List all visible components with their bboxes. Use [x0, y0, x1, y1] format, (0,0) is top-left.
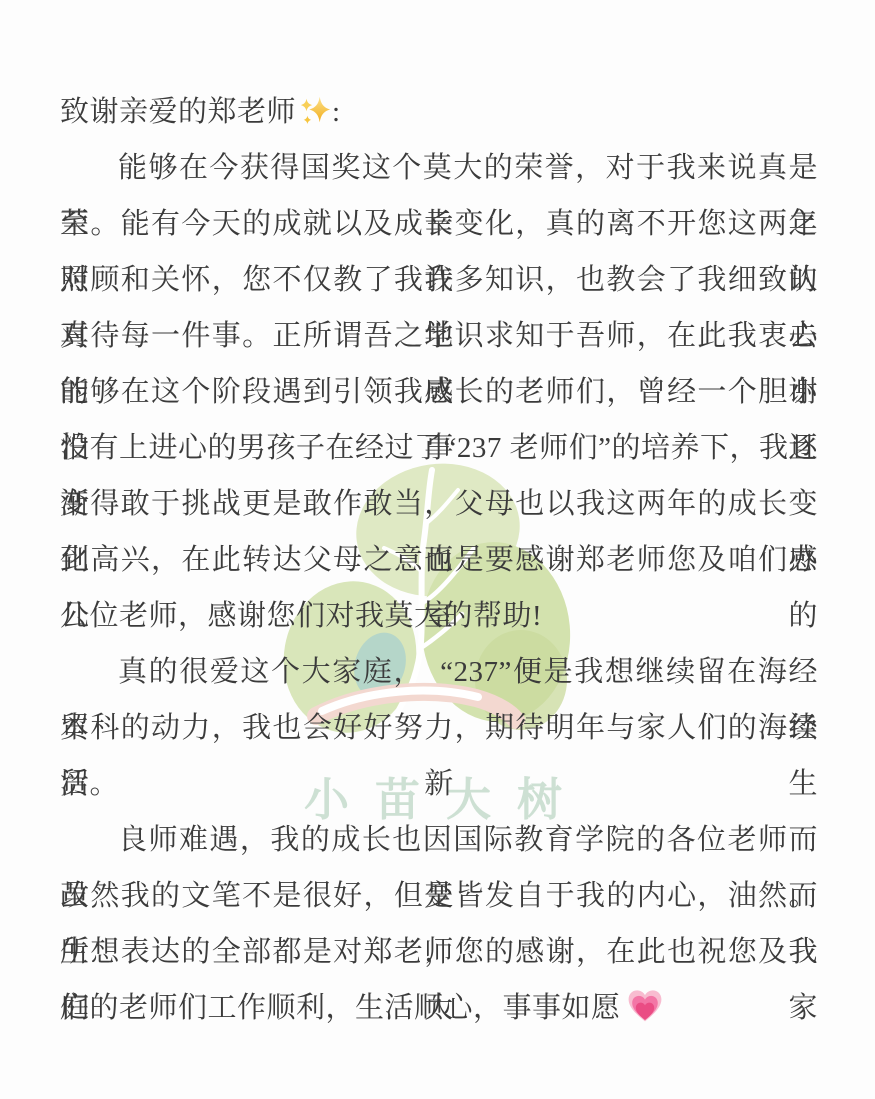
- letter-salutation: 致谢亲爱的郑老师 :: [60, 84, 818, 140]
- salutation-text: 致谢亲爱的郑老师: [60, 96, 296, 128]
- letter-page: 小苗大树 致谢亲爱的郑老师 : 能够在今获得国奖这个莫大的荣誉，对于我来说真是荣…: [0, 0, 875, 1099]
- salutation-colon: :: [332, 96, 341, 128]
- letter-body: 致谢亲爱的郑老师 : 能够在今获得国奖这个莫大的荣誉，对于我来说真是荣幸之至。能…: [0, 84, 875, 1036]
- letter-lines: 能够在今获得国奖这个莫大的荣誉，对于我来说真是荣幸之至。能有今天的成就以及成长变…: [60, 140, 818, 1036]
- letter-line: 到高兴，在此转达父母之意也是要感谢郑老师您及咱们办公室的: [60, 532, 818, 588]
- letter-line: 良师难遇，我的成长也因国际教育学院的各位老师而改变。: [60, 812, 818, 868]
- letter-line: 至。能有今天的成就以及成长变化，真的离不开您这两年对我的: [60, 196, 818, 252]
- letter-line: 变得敢于挑战更是敢作敢当，父母也以我这两年的成长变化而感: [60, 476, 818, 532]
- line-text: 几位老师，感谢您们对我莫大的帮助!: [60, 600, 542, 632]
- growing-heart-icon: [621, 992, 665, 1024]
- letter-line: 本科的动力，我也会好好努力，期待明年与家人们的海经贸新生: [60, 700, 818, 756]
- line-text: 本科的动力，我也会好好努力，期待明年与家人们的海经贸新生: [60, 712, 818, 800]
- sparkles-icon: [296, 96, 332, 128]
- letter-line: 真的很爱这个大家庭， “237”便是我想继续留在海经贸读: [60, 644, 818, 700]
- letter-line: 没有上进心的男孩子在经过了“237 老师们”的培养下，我逐渐: [60, 420, 818, 476]
- letter-line: 所想表达的全部都是对郑老师您的感谢，在此也祝您及我们大家: [60, 924, 818, 980]
- letter-line: 照顾和关怀，您不仅教了我许多知识，也教会了我细致认真地去: [60, 252, 818, 308]
- letter-line: 能够在这个阶段遇到引领我成长的老师们，曾经一个胆小怕事且: [60, 364, 818, 420]
- letter-line: 虽然我的文笔不是很好，但是皆发自于我的内心，油然而生，我: [60, 868, 818, 924]
- letter-line: 对待每一件事。正所谓吾之学识求知于吾师，在此我衷心的感谢: [60, 308, 818, 364]
- line-text: 庭的老师们工作顺利，生活顺心，事事如愿: [60, 992, 621, 1024]
- letter-line: 能够在今获得国奖这个莫大的荣誉，对于我来说真是荣幸之: [60, 140, 818, 196]
- line-text: 活。: [60, 768, 119, 800]
